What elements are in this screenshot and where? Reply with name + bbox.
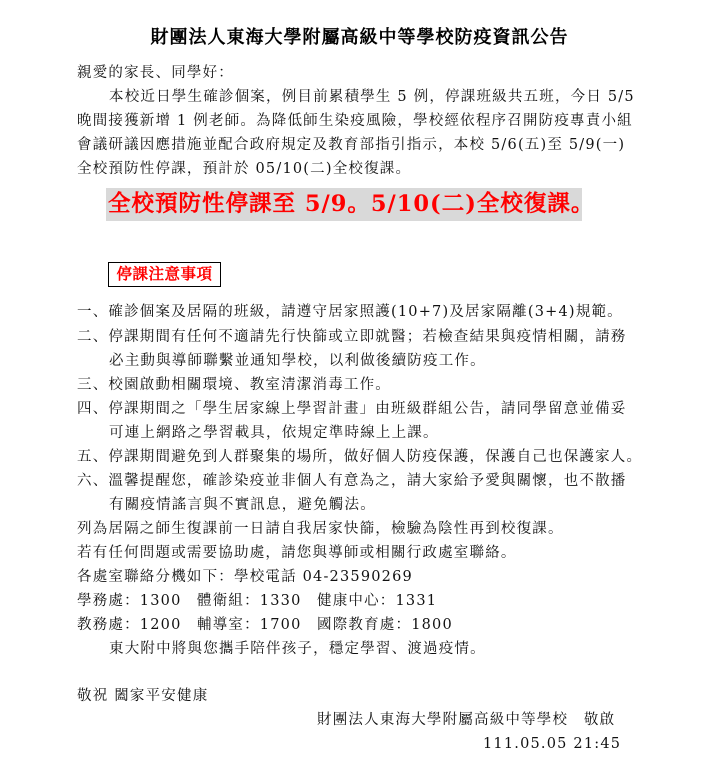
extension-health-center: 健康中心：1331: [317, 591, 437, 611]
notice-item-2: 二、停課期間有任何不適請先行快篩或立即就醫；若檢查結果與疫情相關，請務: [77, 327, 627, 347]
signature: 財團法人東海大學附屬高級中等學校 敬啟: [317, 710, 615, 730]
notice-item-4: 四、停課期間之「學生居家線上學習計畫」由班級群組公告，請同學留意並備妥: [77, 399, 627, 419]
intro-line-1: 本校近日學生確診個案，例目前累積學生 5 例，停課班級共五班，今日 5/5: [109, 87, 635, 107]
contact-note: 若有任何問題或需要協助處，請您與導師或相關行政處室聯絡。: [77, 543, 517, 563]
notice-item-4-cont: 可連上網路之學習載具，依規定準時線上上課。: [109, 423, 439, 443]
highlighted-announcement: 全校預防性停課至 5/9。5/10(二)全校復課。: [106, 188, 582, 221]
notice-item-2-cont: 必主動與導師聯繫並通知學校，以利做後續防疫工作。: [109, 351, 486, 371]
greeting: 親愛的家長、同學好：: [77, 63, 234, 83]
notice-item-5: 五、停課期間避免到人群聚集的場所，做好個人防疫保護，保護自己也保護家人。: [77, 447, 642, 467]
intro-line-2: 晚間接獲新增 1 例老師。為降低師生染疫風險，學校經依程序召開防疫專責小組: [77, 111, 633, 131]
closing-salutation: 敬祝 闔家平安健康: [77, 686, 208, 706]
notice-item-6-cont: 有關疫情謠言與不實訊息，避免觸法。: [109, 495, 376, 515]
phone-line: 各處室聯絡分機如下：學校電話 04-23590269: [77, 567, 413, 587]
date-stamp: 111.05.05 21:45: [483, 734, 621, 754]
extension-counseling: 輔導室：1700: [197, 615, 302, 635]
notice-heading: 停課注意事項: [108, 262, 221, 287]
extension-student-affairs: 學務處：1300: [77, 591, 182, 611]
extension-academic-affairs: 教務處：1200: [77, 615, 182, 635]
intro-line-4: 全校預防性停課，預計於 05/10(二)全校復課。: [77, 159, 411, 179]
encouragement: 東大附中將與您攜手陪伴孩子，穩定學習、渡過疫情。: [109, 639, 486, 659]
notice-item-3: 三、校園啟動相關環境、教室清潔消毒工作。: [77, 375, 391, 395]
notice-item-6: 六、溫馨提醒您，確診染疫並非個人有意為之，請大家給予愛與關懷，也不散播: [77, 471, 627, 491]
extension-health-pe: 體衛組：1330: [197, 591, 302, 611]
return-note: 列為居隔之師生復課前一日請自我居家快篩，檢驗為陰性再到校復課。: [77, 519, 564, 539]
extension-international: 國際教育處：1800: [317, 615, 453, 635]
notice-item-1: 一、確診個案及居隔的班級，請遵守居家照護(10+7)及居家隔離(3+4)規範。: [77, 302, 623, 322]
intro-line-3: 會議研議因應措施並配合政府規定及教育部指引指示，本校 5/6(五)至 5/9(一…: [77, 135, 625, 155]
announcement-document: 財團法人東海大學附屬高級中等學校防疫資訊公告 親愛的家長、同學好： 本校近日學生…: [0, 0, 719, 780]
document-title: 財團法人東海大學附屬高級中等學校防疫資訊公告: [0, 26, 719, 50]
